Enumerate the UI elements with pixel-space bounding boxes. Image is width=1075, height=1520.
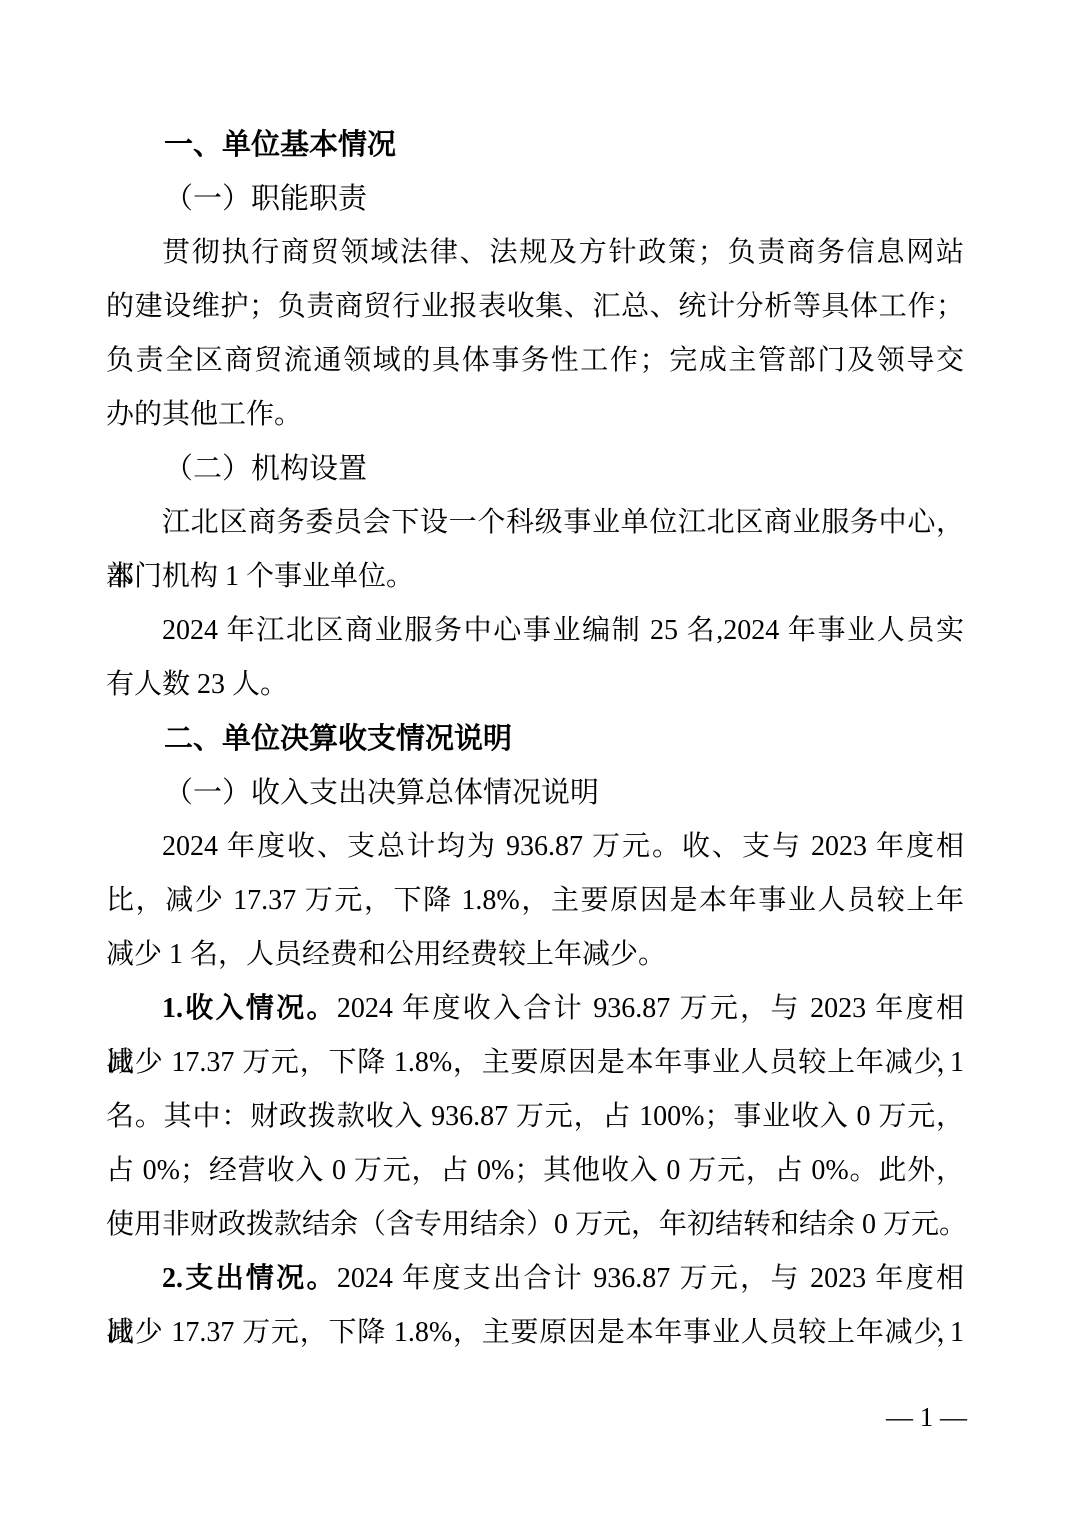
text-line: 的建设维护；负责商贸行业报表收集、汇总、统计分析等具体工作； <box>106 280 964 334</box>
text-line: 贯彻执行商贸领域法律、法规及方针政策；负责商务信息网站 <box>106 226 964 280</box>
text-line: 减少 17.37 万元，下降 1.8%，主要原因是本年事业人员较上年减少 1 <box>106 1036 964 1090</box>
section-heading: 二、单位决算收支情况说明 <box>106 712 964 766</box>
section-heading: 一、单位基本情况 <box>106 118 964 172</box>
text-line: 使用非财政拨款结余（含专用结余）0 万元，年初结转和结余 0 万元。 <box>106 1198 964 1252</box>
text-line: 2024 年度收、支总计均为 936.87 万元。收、支与 2023 年度相 <box>106 820 964 874</box>
page-number: — 1 — <box>886 1400 967 1434</box>
text-line: 办的其他工作。 <box>106 388 964 442</box>
subsection-heading: （一）职能职责 <box>106 172 964 226</box>
text-line: 2024 年江北区商业服务中心事业编制 25 名,2024 年事业人员实 <box>106 604 964 658</box>
subsection-heading: （一）收入支出决算总体情况说明 <box>106 766 964 820</box>
run-in-bold-label: 2.支出情况。 <box>162 1263 337 1294</box>
subsection-heading: （二）机构设置 <box>106 442 964 496</box>
text-line: 部门机构 1 个事业单位。 <box>106 550 964 604</box>
text-line: 有人数 23 人。 <box>106 658 964 712</box>
text-line: 2.支出情况。2024 年度支出合计 936.87 万元，与 2023 年度相比… <box>106 1252 964 1306</box>
text-line: 负责全区商贸流通领域的具体事务性工作；完成主管部门及领导交 <box>106 334 964 388</box>
text-line: 1.收入情况。2024 年度收入合计 936.87 万元，与 2023 年度相比… <box>106 982 964 1036</box>
text-line: 减少 1 名，人员经费和公用经费较上年减少。 <box>106 928 964 982</box>
run-in-bold-label: 1.收入情况。 <box>162 993 337 1024</box>
text-line: 江北区商务委员会下设一个科级事业单位江北区商业服务中心，本 <box>106 496 964 550</box>
text-line: 比，减少 17.37 万元，下降 1.8%，主要原因是本年事业人员较上年 <box>106 874 964 928</box>
document-body: 一、单位基本情况（一）职能职责贯彻执行商贸领域法律、法规及方针政策；负责商务信息… <box>106 118 964 1360</box>
document-page: 一、单位基本情况（一）职能职责贯彻执行商贸领域法律、法规及方针政策；负责商务信息… <box>0 0 1075 1520</box>
text-line: 名。其中：财政拨款收入 936.87 万元，占 100%；事业收入 0 万元， <box>106 1090 964 1144</box>
text-line: 占 0%；经营收入 0 万元，占 0%；其他收入 0 万元，占 0%。此外， <box>106 1144 964 1198</box>
text-line: 减少 17.37 万元，下降 1.8%，主要原因是本年事业人员较上年减少 1 <box>106 1306 964 1360</box>
